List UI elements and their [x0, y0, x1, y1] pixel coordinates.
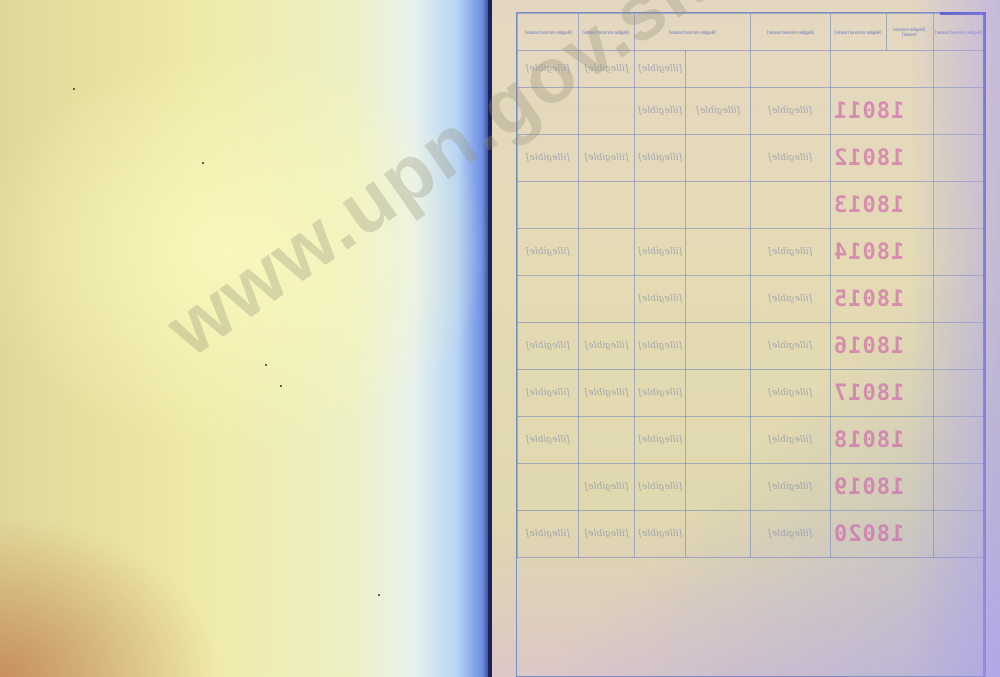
table-cell: 18014	[830, 229, 933, 276]
table-cell: [illegible]	[751, 417, 830, 464]
table-cell: [illegible]	[634, 511, 685, 558]
table-cell: 18013	[830, 182, 933, 229]
table-cell: [illegible]	[518, 323, 579, 370]
table-cell: 18018	[830, 417, 933, 464]
table-cell	[686, 229, 751, 276]
dust-speck	[378, 594, 380, 596]
table-cell: [illegible]	[518, 417, 579, 464]
table-cell: [illegible]	[686, 88, 751, 135]
table-cell: [illegible]	[518, 370, 579, 417]
table-cell	[933, 88, 984, 135]
handwritten-entry: [illegible]	[518, 247, 578, 257]
table-cell	[933, 182, 984, 229]
table-cell: 18020	[830, 511, 933, 558]
handwritten-entry: [illegible]	[751, 294, 829, 304]
handwritten-entry: [illegible]	[635, 388, 685, 398]
table-cell: [illegible]	[634, 135, 685, 182]
table-cell	[686, 182, 751, 229]
table-cell: 18017	[830, 370, 933, 417]
table-cell	[686, 511, 751, 558]
handwritten-entry: [illegible]	[751, 435, 829, 445]
handwritten-entry: [illegible]	[518, 435, 578, 445]
table-cell	[933, 511, 984, 558]
table-cell	[686, 323, 751, 370]
table-cell: [illegible]	[751, 511, 830, 558]
table-row: [illegible][illegible][illegible]18014	[518, 229, 985, 276]
table-cell	[518, 182, 579, 229]
table-cell	[518, 276, 579, 323]
table-cell: [illegible]	[634, 417, 685, 464]
handwritten-entry: [illegible]	[518, 153, 578, 163]
table-cell: 18019	[830, 464, 933, 511]
table-cell	[933, 323, 984, 370]
table-row: [illegible][illegible][illegible][illegi…	[518, 370, 985, 417]
table-cell: [illegible]	[518, 511, 579, 558]
table-cell: 18015	[830, 276, 933, 323]
table-cell	[933, 276, 984, 323]
handwritten-entry: [illegible]	[518, 341, 578, 351]
table-cell: [illegible]	[751, 229, 830, 276]
column-header: [illegible mirrored header]	[830, 14, 886, 51]
table-cell	[933, 51, 984, 88]
table-cell	[578, 276, 634, 323]
table-cell	[686, 276, 751, 323]
handwritten-entry: [illegible]	[751, 341, 829, 351]
table-cell	[518, 464, 579, 511]
table-cell	[933, 135, 984, 182]
table-cell: [illegible]	[634, 276, 685, 323]
table-cell: [illegible]	[751, 464, 830, 511]
table-row: [illegible][illegible][illegible][illegi…	[518, 323, 985, 370]
record-number-stamp: 18016	[831, 334, 933, 359]
page-border-line	[983, 12, 986, 677]
handwritten-entry: [illegible]	[635, 153, 685, 163]
table-row: [illegible][illegible][illegible]18018	[518, 417, 985, 464]
table-cell: [illegible]	[578, 370, 634, 417]
table-cell: [illegible]	[518, 229, 579, 276]
handwritten-entry: [illegible]	[579, 529, 634, 539]
record-number-stamp: 18014	[831, 240, 933, 265]
handwritten-entry: [illegible]	[751, 388, 829, 398]
table-cell: [illegible]	[634, 229, 685, 276]
table-cell	[634, 182, 685, 229]
table-cell	[686, 417, 751, 464]
dust-speck	[202, 162, 204, 164]
handwritten-entry: [illegible]	[579, 341, 634, 351]
handwritten-entry: [illegible]	[579, 482, 634, 492]
table-cell	[578, 229, 634, 276]
handwritten-entry: [illegible]	[635, 341, 685, 351]
table-cell: [illegible]	[578, 511, 634, 558]
record-number-stamp: 18017	[831, 381, 933, 406]
column-header: [illegible mirrored header]	[886, 14, 933, 51]
handwritten-entry: [illegible]	[751, 247, 829, 257]
table-row: 18013	[518, 182, 985, 229]
record-number-stamp: 18018	[831, 428, 933, 453]
table-cell: 18012	[830, 135, 933, 182]
record-number-stamp: 18011	[831, 99, 933, 124]
table-cell	[686, 135, 751, 182]
handwritten-entry: [illegible]	[579, 388, 634, 398]
table-cell: [illegible]	[751, 370, 830, 417]
handwritten-entry: [illegible]	[635, 247, 685, 257]
table-cell: [illegible]	[578, 323, 634, 370]
handwritten-entry: [illegible]	[751, 482, 829, 492]
table-cell	[933, 370, 984, 417]
handwritten-entry: [illegible]	[751, 153, 829, 163]
table-row: [illegible][illegible]18015	[518, 276, 985, 323]
register-table: [illegible mirrored header] [illegible m…	[516, 12, 986, 677]
handwritten-entry: [illegible]	[635, 294, 685, 304]
dust-speck	[265, 364, 267, 366]
handwritten-entry: [illegible]	[635, 529, 685, 539]
column-header: [illegible mirrored header]	[751, 14, 830, 51]
table-cell: [illegible]	[634, 323, 685, 370]
table-cell	[578, 182, 634, 229]
table-cell	[686, 51, 751, 88]
handwritten-entry: [illegible]	[518, 388, 578, 398]
table-cell	[751, 182, 830, 229]
handwritten-entry: [illegible]	[635, 482, 685, 492]
handwritten-entry: [illegible]	[686, 106, 750, 116]
table-cell	[686, 370, 751, 417]
dust-speck	[73, 88, 75, 90]
table-cell: [illegible]	[751, 135, 830, 182]
handwritten-entry: [illegible]	[635, 106, 685, 116]
table-cell	[578, 417, 634, 464]
table-row: [illegible][illegible][illegible][illegi…	[518, 511, 985, 558]
table-cell: 18011	[830, 88, 933, 135]
column-header: [illegible mirrored header]	[933, 14, 984, 51]
table-cell: [illegible]	[751, 323, 830, 370]
handwritten-entry: [illegible]	[579, 153, 634, 163]
table-cell	[933, 464, 984, 511]
table-cell	[751, 51, 830, 88]
handwritten-entry: [illegible]	[635, 435, 685, 445]
handwritten-entry: [illegible]	[518, 529, 578, 539]
table-cell	[933, 417, 984, 464]
dust-speck	[280, 385, 282, 387]
table-cell: [illegible]	[634, 88, 685, 135]
table-cell: [illegible]	[578, 135, 634, 182]
table-cell: [illegible]	[634, 464, 685, 511]
record-number-stamp: 18019	[831, 475, 933, 500]
table-cell: [illegible]	[634, 370, 685, 417]
handwritten-entry: [illegible]	[751, 106, 829, 116]
record-number-stamp: 18012	[831, 146, 933, 171]
table-cell: [illegible]	[751, 276, 830, 323]
page-border-line	[940, 12, 986, 15]
handwritten-entry: [illegible]	[751, 529, 829, 539]
record-number-stamp: 18015	[831, 287, 933, 312]
table-row: [illegible][illegible][illegible][illegi…	[518, 135, 985, 182]
table-cell	[830, 51, 933, 88]
table-cell: [illegible]	[751, 88, 830, 135]
table-cell	[933, 229, 984, 276]
table-row: [illegible][illegible][illegible]18019	[518, 464, 985, 511]
record-number-stamp: 18013	[831, 193, 933, 218]
record-number-stamp: 18020	[831, 522, 933, 547]
table-cell	[686, 464, 751, 511]
table-cell: [illegible]	[578, 464, 634, 511]
table-cell: 18016	[830, 323, 933, 370]
